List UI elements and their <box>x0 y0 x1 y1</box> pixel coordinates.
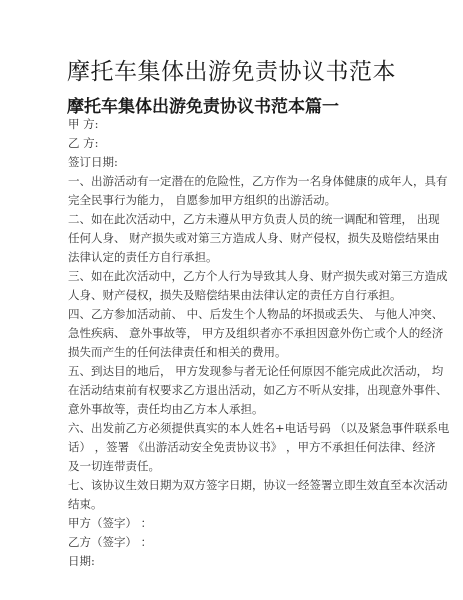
clause-5-line-1: 五、到达目的地后， 甲方发现参与者无论任何原因不能完成此次活动， 均 <box>68 362 396 381</box>
party-b-line: 乙 方: <box>68 134 396 153</box>
clause-2-line-3: 法律认定的责任方自行承担。 <box>68 248 396 267</box>
clause-3-line-1: 三、如在此次活动中，乙方个人行为导致其人身、财产损失或对第三方造成 <box>68 267 396 286</box>
sign-date-line: 签订日期: <box>68 153 396 172</box>
date-line: 日期: <box>68 552 396 571</box>
section-heading: 摩托车集体出游免责协议书范本篇一 <box>67 92 339 117</box>
clause-7-line-1: 七、该协议生效日期为双方签字日期，协议一经签署立即生效直至本次活动 <box>68 476 396 495</box>
document-title: 摩托车集体出游免责协议书范本 <box>0 53 463 86</box>
document-body: 甲 方: 乙 方: 签订日期: 一、出游活动有一定潜在的危险性，乙方作为一名身体… <box>68 115 396 571</box>
clause-6-line-3: 及一切连带责任。 <box>68 457 396 476</box>
clause-6-line-1: 六、出发前乙方必须提供真实的本人姓名+电话号码 （以及紧急事件联系电 <box>68 419 396 438</box>
clause-4-line-1: 四、乙方参加活动前、 中、后发生个人物品的坏损或丢失、 与他人冲突、 <box>68 305 396 324</box>
party-b-signature-line: 乙方（签字） ： <box>68 533 396 552</box>
clause-7-line-2: 结束。 <box>68 495 396 514</box>
clause-5-line-3: 意外事故等，责任均由乙方本人承担。 <box>68 400 396 419</box>
clause-5-line-2: 在活动结束前有权要求乙方退出活动，如乙方不听从安排，出现意外事件、 <box>68 381 396 400</box>
clause-3-line-2: 人身、财产侵权，损失及赔偿结果由法律认定的责任方自行承担。 <box>68 286 396 305</box>
clause-1-line-2: 完全民事行为能力， 自愿参加甲方组织的出游活动。 <box>68 191 396 210</box>
clause-6-line-2: 话） ，签署 《出游活动安全免责协议书》 ，甲方不承担任何法律、经济 <box>68 438 396 457</box>
clause-2-line-2: 任何人身、 财产损失或对第三方造成人身、财产侵权，损失及赔偿结果由 <box>68 229 396 248</box>
clause-1-line-1: 一、出游活动有一定潜在的危险性，乙方作为一名身体健康的成年人，具有 <box>68 172 396 191</box>
clause-2-line-1: 二、如在此次活动中，乙方未遵从甲方负责人员的统一调配和管理， 出现 <box>68 210 396 229</box>
party-a-signature-line: 甲方（签字） ： <box>68 514 396 533</box>
clause-4-line-3: 损失而产生的任何法律责任和相关的费用。 <box>68 343 396 362</box>
document-page: 摩托车集体出游免责协议书范本 摩托车集体出游免责协议书范本篇一 甲 方: 乙 方… <box>0 0 463 600</box>
party-a-line: 甲 方: <box>68 115 396 134</box>
clause-4-line-2: 急性疾病、 意外事故等， 甲方及组织者亦不承担因意外伤亡或个人的经济 <box>68 324 396 343</box>
